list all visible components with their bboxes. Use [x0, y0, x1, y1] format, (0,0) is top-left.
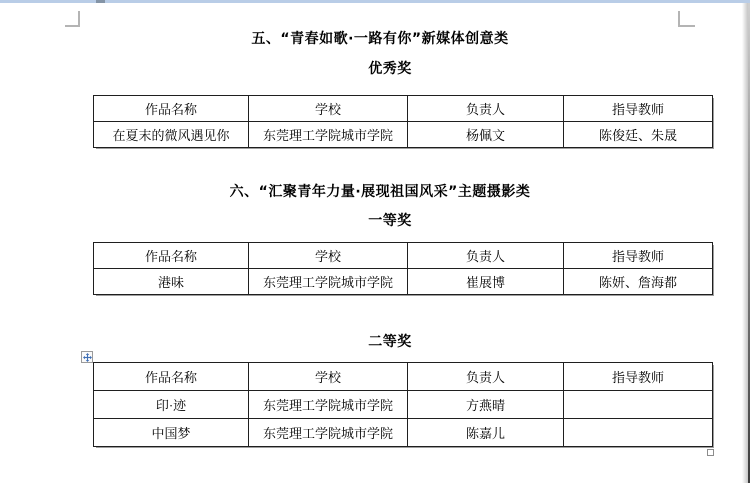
- table-header-row: 作品名称 学校 负责人 指导教师: [94, 363, 713, 391]
- col-header-advisor[interactable]: 指导教师: [564, 363, 713, 391]
- cell-school[interactable]: 东莞理工学院城市学院: [249, 419, 408, 447]
- col-header-school[interactable]: 学校: [249, 96, 408, 122]
- award-label-excellent[interactable]: 优秀奖: [90, 61, 690, 77]
- cell-work-name[interactable]: 在夏末的微风遇见你: [94, 122, 249, 148]
- award-table-second-prize: 作品名称 学校 负责人 指导教师 印·迹 东莞理工学院城市学院 方燕晴 中国梦 …: [93, 362, 713, 447]
- table-header-row: 作品名称 学校 负责人 指导教师: [94, 243, 713, 269]
- cell-person-in-charge[interactable]: 崔展博: [408, 269, 564, 295]
- move-cross-icon: [83, 353, 92, 362]
- ribbon-bottom-edge: [0, 0, 750, 3]
- col-header-person-in-charge[interactable]: 负责人: [408, 96, 564, 122]
- award-label-second-prize[interactable]: 二等奖: [90, 334, 690, 350]
- cell-person-in-charge[interactable]: 方燕晴: [408, 391, 564, 419]
- word-document-canvas: 五、“青春如歌·一路有你”新媒体创意类 优秀奖 作品名称 学校 负责人 指导教师…: [0, 0, 750, 483]
- margin-crop-mark-top-right: [679, 25, 695, 27]
- table-row: 中国梦 东莞理工学院城市学院 陈嘉儿: [94, 419, 713, 447]
- section-5-title[interactable]: 五、“青春如歌·一路有你”新媒体创意类: [80, 31, 680, 47]
- table-move-handle[interactable]: [81, 351, 93, 363]
- table-row: 在夏末的微风遇见你 东莞理工学院城市学院 杨佩文 陈俊廷、朱晟: [94, 122, 713, 148]
- cell-work-name[interactable]: 中国梦: [94, 419, 249, 447]
- ribbon-edge-thumb: [96, 0, 105, 3]
- cell-person-in-charge[interactable]: 杨佩文: [408, 122, 564, 148]
- cell-advisor[interactable]: 陈妍、詹海都: [564, 269, 713, 295]
- section-6-title[interactable]: 六、“汇聚青年力量·展现祖国风采”主题摄影类: [80, 184, 680, 200]
- col-header-school[interactable]: 学校: [249, 243, 408, 269]
- col-header-work-name[interactable]: 作品名称: [94, 363, 249, 391]
- col-header-advisor[interactable]: 指导教师: [564, 96, 713, 122]
- cell-school[interactable]: 东莞理工学院城市学院: [249, 122, 408, 148]
- col-header-advisor[interactable]: 指导教师: [564, 243, 713, 269]
- margin-crop-mark-top-right: [678, 11, 680, 27]
- cell-work-name[interactable]: 港味: [94, 269, 249, 295]
- award-table-excellent: 作品名称 学校 负责人 指导教师 在夏末的微风遇见你 东莞理工学院城市学院 杨佩…: [93, 95, 713, 148]
- cell-advisor[interactable]: 陈俊廷、朱晟: [564, 122, 713, 148]
- col-header-work-name[interactable]: 作品名称: [94, 243, 249, 269]
- col-header-person-in-charge[interactable]: 负责人: [408, 363, 564, 391]
- cell-person-in-charge[interactable]: 陈嘉儿: [408, 419, 564, 447]
- cell-advisor[interactable]: [564, 391, 713, 419]
- col-header-work-name[interactable]: 作品名称: [94, 96, 249, 122]
- table-row: 港味 东莞理工学院城市学院 崔展博 陈妍、詹海都: [94, 269, 713, 295]
- cell-work-name[interactable]: 印·迹: [94, 391, 249, 419]
- table-row: 印·迹 东莞理工学院城市学院 方燕晴: [94, 391, 713, 419]
- col-header-school[interactable]: 学校: [249, 363, 408, 391]
- cell-advisor[interactable]: [564, 419, 713, 447]
- award-label-first-prize[interactable]: 一等奖: [90, 213, 690, 229]
- table-header-row: 作品名称 学校 负责人 指导教师: [94, 96, 713, 122]
- cell-school[interactable]: 东莞理工学院城市学院: [249, 269, 408, 295]
- award-table-first-prize: 作品名称 学校 负责人 指导教师 港味 东莞理工学院城市学院 崔展博 陈妍、詹海…: [93, 242, 713, 295]
- col-header-person-in-charge[interactable]: 负责人: [408, 243, 564, 269]
- margin-crop-mark-top-left: [78, 11, 80, 27]
- cell-school[interactable]: 东莞理工学院城市学院: [249, 391, 408, 419]
- table-resize-handle[interactable]: [707, 449, 714, 456]
